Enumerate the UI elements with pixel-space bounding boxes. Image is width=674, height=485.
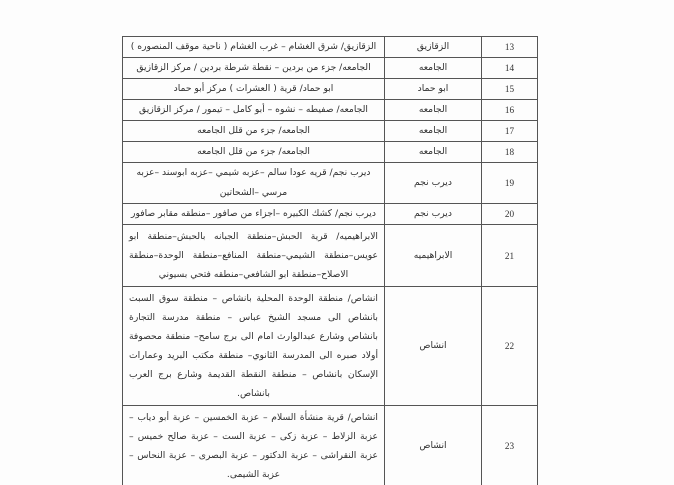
table-row: 16 الجامعه الجامعه/ صفيطه – نشوه – أبو ك… xyxy=(123,100,538,121)
row-number: 20 xyxy=(482,204,538,225)
region-cell: الجامعه xyxy=(385,142,482,163)
row-number: 16 xyxy=(482,100,538,121)
description-cell: الزقازيق/ شرق الغشام – غرب الغشام ( ناحي… xyxy=(123,37,385,58)
row-number: 14 xyxy=(482,58,538,79)
description-cell: الجامعه/ جزء من بردين – نقطة شرطة بردين … xyxy=(123,58,385,79)
row-number: 19 xyxy=(482,163,538,204)
description-cell: ديرب نجم/ قريه عودا سالم –عزبه شيمي –عزب… xyxy=(123,163,385,204)
document-page: 13 الزقازيق الزقازيق/ شرق الغشام – غرب ا… xyxy=(0,0,674,485)
row-number: 18 xyxy=(482,142,538,163)
zones-table: 13 الزقازيق الزقازيق/ شرق الغشام – غرب ا… xyxy=(122,36,538,485)
region-cell: انشاص xyxy=(385,287,482,406)
description-cell: ابو حماد/ قرية ( العشرات ) مركز أبو حماد xyxy=(123,79,385,100)
region-cell: انشاص xyxy=(385,406,482,485)
region-cell: الجامعه xyxy=(385,100,482,121)
description-cell: ديرب نجم/ كشك الكبيره –اجزاء من صافور –م… xyxy=(123,204,385,225)
description-cell: الابراهيميه/ قرية الحبش–منطقة الجبانه با… xyxy=(123,225,385,287)
table-row: 22 انشاص انشاص/ منطقة الوحدة المحلية بان… xyxy=(123,287,538,406)
table-row: 18 الجامعه الجامعه/ جزء من قلل الجامعه xyxy=(123,142,538,163)
table-row: 14 الجامعه الجامعه/ جزء من بردين – نقطة … xyxy=(123,58,538,79)
region-cell: ديرب نجم xyxy=(385,163,482,204)
row-number: 23 xyxy=(482,406,538,485)
table-row: 17 الجامعه الجامعه/ جزء من قلل الجامعه xyxy=(123,121,538,142)
table-row: 21 الابراهيميه الابراهيميه/ قرية الحبش–م… xyxy=(123,225,538,287)
table-row: 20 ديرب نجم ديرب نجم/ كشك الكبيره –اجزاء… xyxy=(123,204,538,225)
table-row: 19 ديرب نجم ديرب نجم/ قريه عودا سالم –عز… xyxy=(123,163,538,204)
region-cell: الزقازيق xyxy=(385,37,482,58)
row-number: 15 xyxy=(482,79,538,100)
description-cell: الجامعه/ جزء من قلل الجامعه xyxy=(123,142,385,163)
region-cell: الابراهيميه xyxy=(385,225,482,287)
row-number: 17 xyxy=(482,121,538,142)
description-cell: انشاص/ منطقة الوحدة المحلية بانشاص – منط… xyxy=(123,287,385,406)
description-cell: الجامعه/ صفيطه – نشوه – أبو كامل – تيمور… xyxy=(123,100,385,121)
table-row: 13 الزقازيق الزقازيق/ شرق الغشام – غرب ا… xyxy=(123,37,538,58)
region-cell: ديرب نجم xyxy=(385,204,482,225)
table-row: 23 انشاص انشاص/ قرية منشأة السلام – عزبة… xyxy=(123,406,538,485)
region-cell: الجامعه xyxy=(385,121,482,142)
row-number: 13 xyxy=(482,37,538,58)
table-row: 15 ابو حماد ابو حماد/ قرية ( العشرات ) م… xyxy=(123,79,538,100)
row-number: 21 xyxy=(482,225,538,287)
description-cell: الجامعه/ جزء من قلل الجامعه xyxy=(123,121,385,142)
region-cell: الجامعه xyxy=(385,58,482,79)
region-cell: ابو حماد xyxy=(385,79,482,100)
description-cell: انشاص/ قرية منشأة السلام – عزبة الخمسين … xyxy=(123,406,385,485)
row-number: 22 xyxy=(482,287,538,406)
